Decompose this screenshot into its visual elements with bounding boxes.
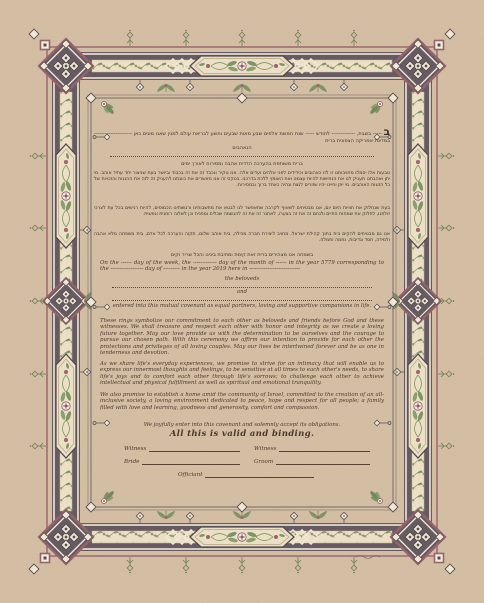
groom-signature-line: [276, 457, 370, 465]
beloveds-label: the beloveds: [94, 276, 390, 282]
english-paragraph-home: We also promise to establish a home amid…: [100, 392, 384, 411]
hebrew-date-header: ב ----- בשבת, ------------- לחודש ----- …: [94, 127, 390, 145]
hebrew-paragraph-home: אנו גם מבטיחים להקים בית בתוך קהילת ישרא…: [94, 232, 390, 244]
officiant-signature-line: [205, 470, 314, 478]
english-paragraph-covenant: entered into this mutual covenant as equ…: [100, 303, 384, 309]
hebrew-closing-line: בשמחה אנו מצהירים ברית זאת קימת ומחיבת ב…: [94, 252, 390, 258]
witness1-signature-line: [149, 444, 240, 452]
hebrew-opening-letter: ב: [384, 126, 390, 138]
groom-field: Groom: [254, 457, 370, 465]
bride-label: Bride: [124, 459, 139, 465]
bride-groom-signature-row: Bride Groom: [124, 457, 370, 465]
english-date-paragraph: On the ------ day of the week, the -----…: [100, 260, 384, 273]
bride-field: Bride: [124, 457, 240, 465]
ornamental-border: [0, 0, 484, 603]
officiant-label: Officiant: [178, 472, 202, 478]
witness1-label: Witness: [124, 446, 146, 452]
witness2-signature-line: [279, 444, 370, 452]
ketubah-document: ב ----- בשבת, ------------- לחודש ----- …: [0, 0, 484, 603]
affirmation-line: We joyfully enter into this covenant and…: [94, 422, 390, 428]
english-paragraph-rings: These rings symbolize our commitment to …: [100, 318, 384, 357]
witness2-field: Witness: [254, 444, 370, 452]
hebrew-header-word: הנאהבים: [94, 145, 390, 152]
valid-and-binding-line: All this is valid and binding.: [94, 429, 390, 439]
officiant-field: Officiant: [178, 470, 314, 478]
name-blank-line-2: [112, 300, 372, 301]
witness2-label: Witness: [254, 446, 276, 452]
divider-dotted-line: [110, 156, 374, 157]
hebrew-paragraph-rings: טבעות אלו יסמלו מחויבותנו זו לזו כאהובים…: [94, 171, 390, 189]
hebrew-covenant-title: ברית משותפת בהערכה הדדית אהבה ומסירות לא…: [94, 161, 390, 167]
bride-signature-line: [142, 457, 240, 465]
witness-signature-row: Witness Witness: [124, 444, 370, 452]
hebrew-paragraph-intimacy: בעת שנחלוק את חוויות היום יום, אנו מבטיח…: [94, 206, 390, 218]
witness1-field: Witness: [124, 444, 240, 452]
name-blank-line-1: [112, 287, 372, 288]
groom-label: Groom: [254, 459, 273, 465]
english-paragraph-intimacy: As we share life's everyday experiences,…: [100, 361, 384, 387]
hebrew-header-text: ----- בשבת, ------------- לחודש ----- שנ…: [94, 131, 390, 144]
officiant-signature-row: Officiant: [178, 470, 314, 478]
and-label: and: [94, 289, 390, 295]
